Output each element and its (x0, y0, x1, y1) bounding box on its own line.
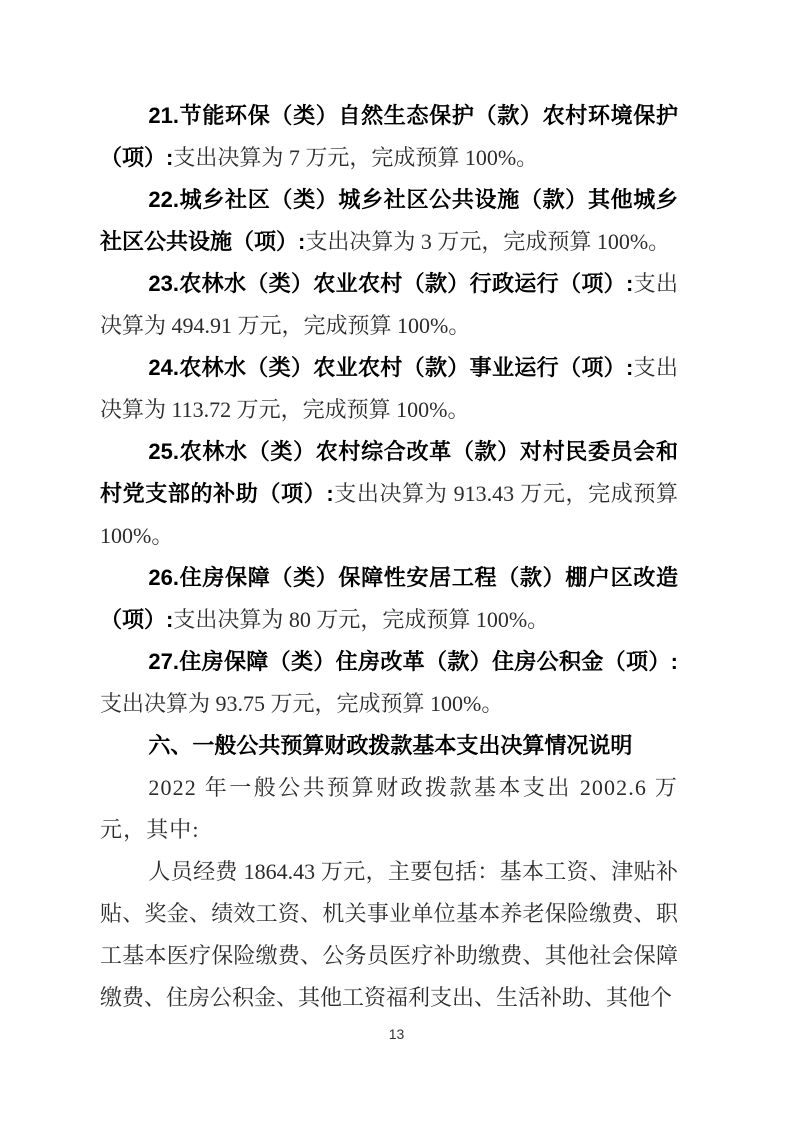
budget-item-21-text: 支出决算为 7 万元，完成预算 100%。 (173, 145, 538, 170)
budget-item-27: 27.住房保障（类）住房改革（款）住房公积金（项）:支出决算为 93.75 万元… (100, 641, 678, 725)
budget-item-23-heading: 23.农林水（类）农业农村（款）行政运行（项）: (148, 271, 633, 296)
budget-item-23: 23.农林水（类）农业农村（款）行政运行（项）:支出决算为 494.91 万元，… (100, 263, 678, 347)
personnel-expenses-paragraph: 人员经费 1864.43 万元，主要包括：基本工资、津贴补贴、奖金、绩效工资、机… (100, 851, 678, 1019)
budget-item-24: 24.农林水（类）农业农村（款）事业运行（项）:支出决算为 113.72 万元，… (100, 347, 678, 431)
budget-item-22-text: 支出决算为 3 万元，完成预算 100%。 (305, 229, 670, 254)
budget-item-26: 26.住房保障（类）保障性安居工程（款）棚户区改造（项）:支出决算为 80 万元… (100, 557, 678, 641)
budget-item-27-heading: 27.住房保障（类）住房改革（款）住房公积金（项）: (148, 649, 678, 674)
budget-item-24-heading: 24.农林水（类）农业农村（款）事业运行（项）: (148, 355, 633, 380)
budget-item-21: 21.节能环保（类）自然生态保护（款）农村环境保护（项）:支出决算为 7 万元，… (100, 95, 678, 179)
budget-item-27-text: 支出决算为 93.75 万元，完成预算 100%。 (100, 691, 503, 716)
document-body: 21.节能环保（类）自然生态保护（款）农村环境保护（项）:支出决算为 7 万元，… (100, 95, 678, 1019)
budget-item-25: 25.农林水（类）农村综合改革（款）对村民委员会和村党支部的补助（项）:支出决算… (100, 431, 678, 557)
basic-expenditure-summary: 2022 年一般公共预算财政拨款基本支出 2002.6 万元，其中: (100, 767, 678, 851)
section-heading-six: 六、一般公共预算财政拨款基本支出决算情况说明 (100, 725, 678, 767)
page-number: 13 (0, 1026, 793, 1042)
budget-item-26-text: 支出决算为 80 万元，完成预算 100%。 (173, 607, 549, 632)
document-page: 21.节能环保（类）自然生态保护（款）农村环境保护（项）:支出决算为 7 万元，… (0, 0, 793, 1122)
budget-item-22: 22.城乡社区（类）城乡社区公共设施（款）其他城乡社区公共设施（项）:支出决算为… (100, 179, 678, 263)
